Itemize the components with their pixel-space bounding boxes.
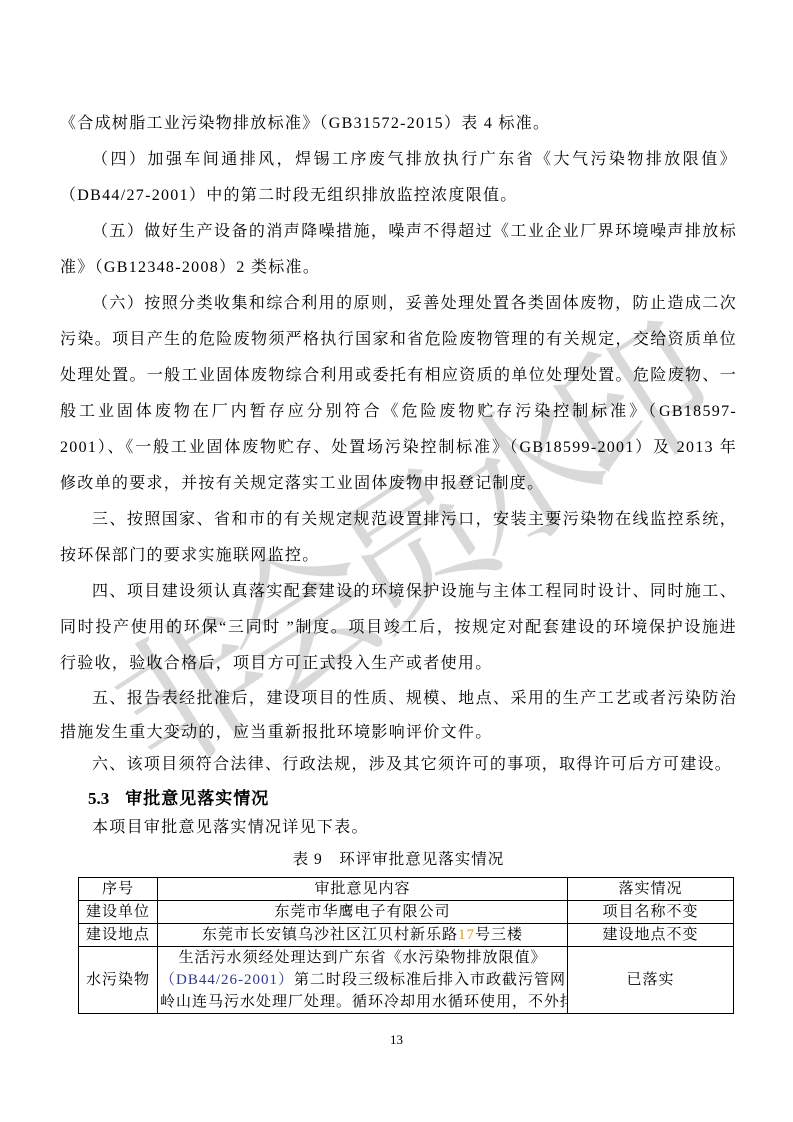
- water-line-1: 生活污水须经处理达到广东省《水污染物排放限值》: [160, 947, 565, 969]
- row-label: 建设单位: [79, 901, 158, 924]
- intro-paragraph: 本项目审批意见落实情况详见下表。: [60, 812, 737, 844]
- row-label: 建设地点: [79, 924, 158, 947]
- row-status: 建设地点不变: [568, 924, 734, 947]
- header-cell-serial: 序号: [79, 878, 158, 901]
- header-cell-content: 审批意见内容: [158, 878, 568, 901]
- document-page: { "page": { "number": "13" }, "watermark…: [0, 0, 793, 1122]
- row-content: 东莞市长安镇乌沙社区江贝村新乐路17号三楼: [158, 924, 568, 947]
- table-caption: 表 9 环评审批意见落实情况: [60, 846, 737, 874]
- row-content: 东莞市华鹰电子有限公司: [158, 901, 568, 924]
- page-number: 13: [0, 1032, 793, 1048]
- paragraph-item-6: （六）按照分类收集和综合利用的原则，妥善处理处置各类固体废物，防止造成二次污染。…: [60, 286, 737, 502]
- paragraph-clause-5: 五、报告表经批准后，建设项目的性质、规模、地点、采用的生产工艺或者污染防治措施发…: [60, 682, 737, 750]
- row-label: 水污染物: [79, 947, 158, 1014]
- standard-code: （DB44/26-2001）: [160, 972, 294, 988]
- row-status: 已落实: [568, 947, 734, 1014]
- paragraph-item-5: （五）做好生产设备的消声降噪措施，噪声不得超过《工业企业厂界环境噪声排放标准》（…: [60, 214, 737, 286]
- table-header-row: 序号 审批意见内容 落实情况: [79, 878, 734, 901]
- section-title: 审批意见落实情况: [125, 789, 269, 808]
- water-line-2-rest: 第二时段三级标准后排入市政截污管网，引至大: [294, 972, 567, 988]
- table-row-location: 建设地点 东莞市长安镇乌沙社区江贝村新乐路17号三楼 建设地点不变: [79, 924, 734, 947]
- approval-table: 序号 审批意见内容 落实情况 建设单位 东莞市华鹰电子有限公司 项目名称不变 建…: [78, 877, 734, 1014]
- address-number-highlight: 17: [458, 927, 475, 943]
- water-line-2: （DB44/26-2001）第二时段三级标准后排入市政截污管网，引至大: [160, 969, 565, 991]
- water-line-3: 岭山连马污水处理厂处理。循环冷却用水循环使用，不外排。: [160, 991, 565, 1013]
- row-status: 项目名称不变: [568, 901, 734, 924]
- address-prefix: 东莞市长安镇乌沙社区江贝村新乐路: [202, 927, 458, 943]
- table-row-water-pollutant: 水污染物 生活污水须经处理达到广东省《水污染物排放限值》 （DB44/26-20…: [79, 947, 734, 1014]
- row-content: 生活污水须经处理达到广东省《水污染物排放限值》 （DB44/26-2001）第二…: [158, 947, 568, 1014]
- paragraph-clause-3: 三、按照国家、省和市的有关规定规范设置排污口，安装主要污染物在线监控系统，按环保…: [60, 502, 737, 574]
- paragraph-standard-continuation: 《合成树脂工业污染物排放标准》（GB31572-2015）表 4 标准。: [60, 106, 737, 142]
- document-body: 《合成树脂工业污染物排放标准》（GB31572-2015）表 4 标准。 （四）…: [60, 106, 737, 1014]
- paragraph-item-4: （四）加强车间通排风，焊锡工序废气排放执行广东省《大气污染物排放限值》（DB44…: [60, 142, 737, 214]
- paragraph-clause-6: 六、该项目须符合法律、行政法规，涉及其它须许可的事项，取得许可后方可建设。: [60, 750, 737, 780]
- paragraph-clause-4: 四、项目建设须认真落实配套建设的环境保护设施与主体工程同时设计、同时施工、同时投…: [60, 574, 737, 682]
- header-cell-status: 落实情况: [568, 878, 734, 901]
- section-number: 5.3: [88, 789, 109, 808]
- address-suffix: 号三楼: [475, 927, 523, 943]
- section-heading: 5.3审批意见落实情况: [88, 786, 737, 812]
- table-row-unit: 建设单位 东莞市华鹰电子有限公司 项目名称不变: [79, 901, 734, 924]
